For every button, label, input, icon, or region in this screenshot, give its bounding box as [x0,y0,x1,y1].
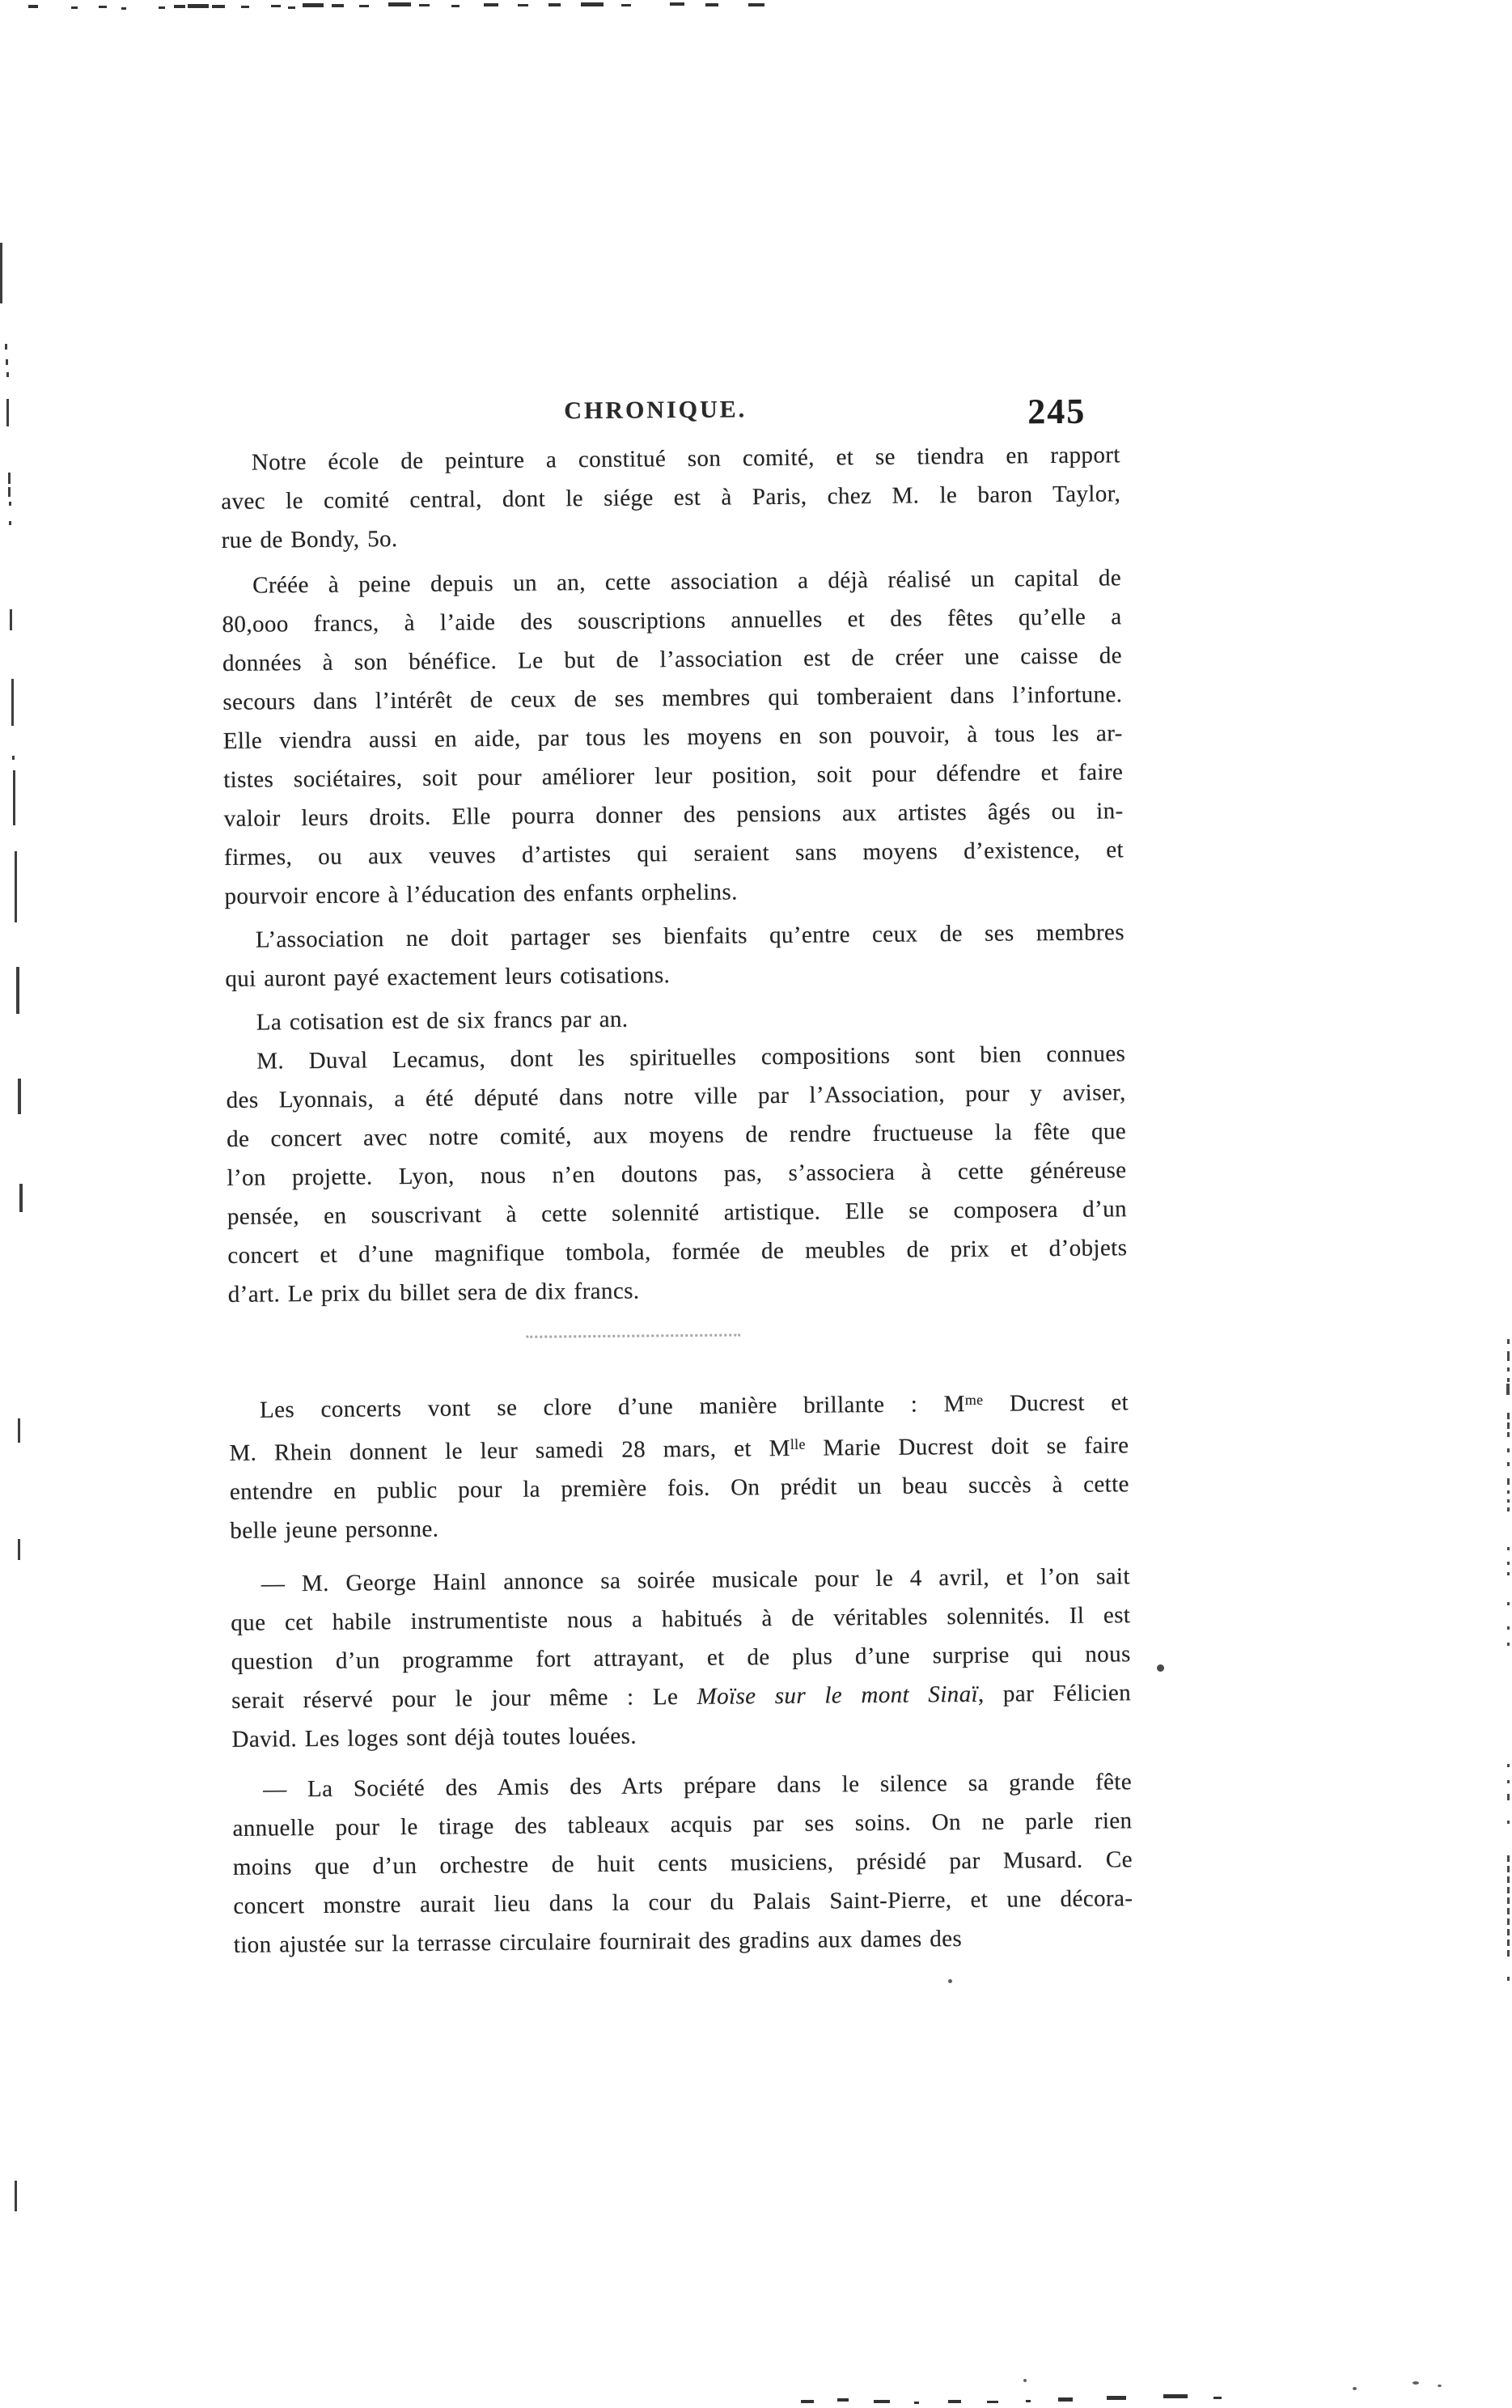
scan-artifact [1507,1490,1510,1494]
scan-artifact [748,3,764,6]
scan-artifact [9,521,11,525]
scan-artifact [1507,1572,1510,1575]
text-line: qui auront payé exactement leurs cotisat… [225,952,1124,998]
paragraph: Les concerts vont se clore d’une manière… [229,1379,1130,1550]
scan-artifact [1507,1422,1510,1429]
scan-artifact [188,4,209,8]
text-line: pourvoir encore à l’éducation des enfant… [224,869,1124,916]
scan-artifact [241,6,249,8]
scan-artifact [1026,2400,1031,2402]
text-line: belle jeune personne. [230,1503,1129,1550]
scan-artifact [1507,1780,1510,1783]
scan-artifact [18,1079,21,1114]
scan-artifact [1213,2397,1222,2399]
scan-artifact [6,399,9,426]
scan-artifact [1507,1876,1510,1883]
scan-artifact [581,2,604,6]
scan-artifact [11,679,14,726]
scan-artifact [18,1539,20,1560]
scanned-page: CHRONIQUE. 245 Notre école de peinture a… [0,0,1512,2408]
scan-artifact [271,5,281,7]
text-line: concert monstre aurait lieu dans la cour… [233,1879,1133,1926]
scan-artifact [12,756,15,760]
scan-artifact [388,2,411,6]
scan-artifact [1507,1918,1510,1925]
scan-artifact [1507,1908,1510,1914]
text-line: L’association ne doit partager ses bienf… [225,913,1124,960]
scan-artifact [1023,2379,1027,2382]
scan-artifact [5,344,7,350]
scan-artifact [1507,1643,1510,1646]
scan-artifact [6,359,8,365]
page-header: CHRONIQUE. 245 [220,379,1120,443]
scan-artifact [18,1418,20,1443]
scan-artifact [451,5,460,7]
scan-artifact [1507,1794,1510,1800]
paragraph: — La Société des Amis des Arts prépare d… [232,1762,1133,1965]
scan-artifact [13,770,15,825]
scan-artifact [19,1184,23,1212]
scan-artifact [1507,1413,1510,1419]
scan-artifact [1507,1448,1510,1452]
paragraph: M. Duval Lecamus, dont les spirituelles … [226,1034,1128,1314]
scan-artifact [1507,1950,1510,1956]
scan-artifact [1507,1462,1510,1466]
scan-artifact [10,609,12,630]
scan-artifact [1507,1339,1510,1344]
scan-artifact [288,6,295,9]
scan-artifact [1507,1602,1510,1605]
scan-artifact [1507,1887,1510,1893]
scan-artifact [1507,1499,1510,1503]
page-text-block: CHRONIQUE. 245 Notre école de peinture a… [220,379,1133,1965]
scan-artifact [1506,1384,1510,1395]
scan-artifact [15,851,17,922]
scan-artifact [1507,1507,1510,1511]
page-header-title: CHRONIQUE. [205,387,1105,434]
text-line: concert et d’une magnifique tombola, for… [227,1228,1127,1275]
scan-artifact [332,4,344,7]
page-body: Notre école de peinture a constitué son … [221,435,1133,1965]
scan-artifact [1507,1929,1510,1935]
paragraph: Notre école de peinture a constitué son … [221,435,1121,560]
scan-artifact [670,2,684,6]
paragraph: Créée à peine depuis un an, cette associ… [222,558,1124,916]
scan-artifact [948,2400,961,2403]
scan-artifact [28,5,38,8]
scan-artifact [159,6,165,9]
page-number: 245 [1027,392,1086,432]
text-line: M. Rhein donnent le leur samedi 28 mars,… [229,1422,1129,1473]
scan-artifact [6,372,9,377]
scan-artifact [8,487,11,497]
scan-artifact [874,2400,890,2403]
scan-artifact [9,502,11,506]
scan-artifact [1163,2394,1188,2398]
scan-artifact [1507,1478,1510,1485]
scan-artifact [8,473,11,484]
scan-artifact [1507,1367,1510,1371]
scan-artifact [1507,1351,1510,1361]
scan-artifact [1507,1855,1510,1862]
scan-artifact [1507,1821,1510,1824]
section-separator [228,1306,1129,1387]
text-line: serait réservé pour le jour même : Le Mo… [231,1673,1131,1720]
text-line: firmes, ou aux veuves d’artistes qui ser… [224,830,1124,877]
paragraph: — M. George Hainl annonce sa soirée musi… [231,1557,1132,1759]
scan-artifact [801,2400,814,2403]
scan-artifact [621,4,631,6]
scan-artifact [1353,2387,1357,2390]
scan-artifact [914,2402,919,2404]
scan-artifact [1507,1764,1510,1767]
scan-artifact [212,5,225,8]
scan-artifact [303,3,324,7]
scan-artifact [99,6,107,8]
text-line: rue de Bondy, 5o. [221,513,1120,560]
scan-artifact [1412,2381,1419,2385]
scan-artifact [948,1979,952,1983]
scan-artifact [837,2398,849,2402]
text-line: Les concerts vont se clore d’une manière… [229,1379,1129,1430]
scan-artifact [0,243,2,303]
scan-artifact [16,967,19,1014]
scan-artifact [419,4,430,6]
scan-artifact [1507,1432,1510,1437]
scan-artifact [1438,2385,1442,2387]
scan-artifact [359,5,369,7]
text-line: avec le comité central, dont le siége es… [221,474,1120,521]
scan-artifact [1507,1940,1510,1946]
scan-artifact [1507,1378,1510,1382]
scan-artifact [15,2181,17,2211]
scan-artifact [174,5,185,8]
scan-artifact [1507,1562,1510,1565]
text-line: tion ajustée sur la terrasse circulaire … [234,1918,1133,1965]
scan-artifact [1507,1866,1510,1872]
scan-artifact [1058,2397,1073,2402]
scan-artifact [987,2401,998,2403]
scan-artifact [1107,2396,1126,2400]
scan-artifact [1507,1547,1510,1550]
scan-artifact [1157,1664,1164,1672]
scan-artifact [71,6,78,9]
scan-artifact [1507,1626,1510,1630]
scan-artifact [121,7,126,10]
scan-artifact [484,3,498,6]
scan-artifact [518,4,528,6]
paragraph: L’association ne doit partager ses bienf… [225,913,1125,998]
scan-artifact [1507,1897,1510,1904]
scan-artifact [1507,1977,1510,1981]
text-line: David. Les loges sont déjà toutes louées… [231,1712,1131,1759]
text-line: entendre en public pour la première fois… [230,1465,1129,1511]
scan-artifact [548,3,561,6]
scan-artifact [705,3,718,6]
